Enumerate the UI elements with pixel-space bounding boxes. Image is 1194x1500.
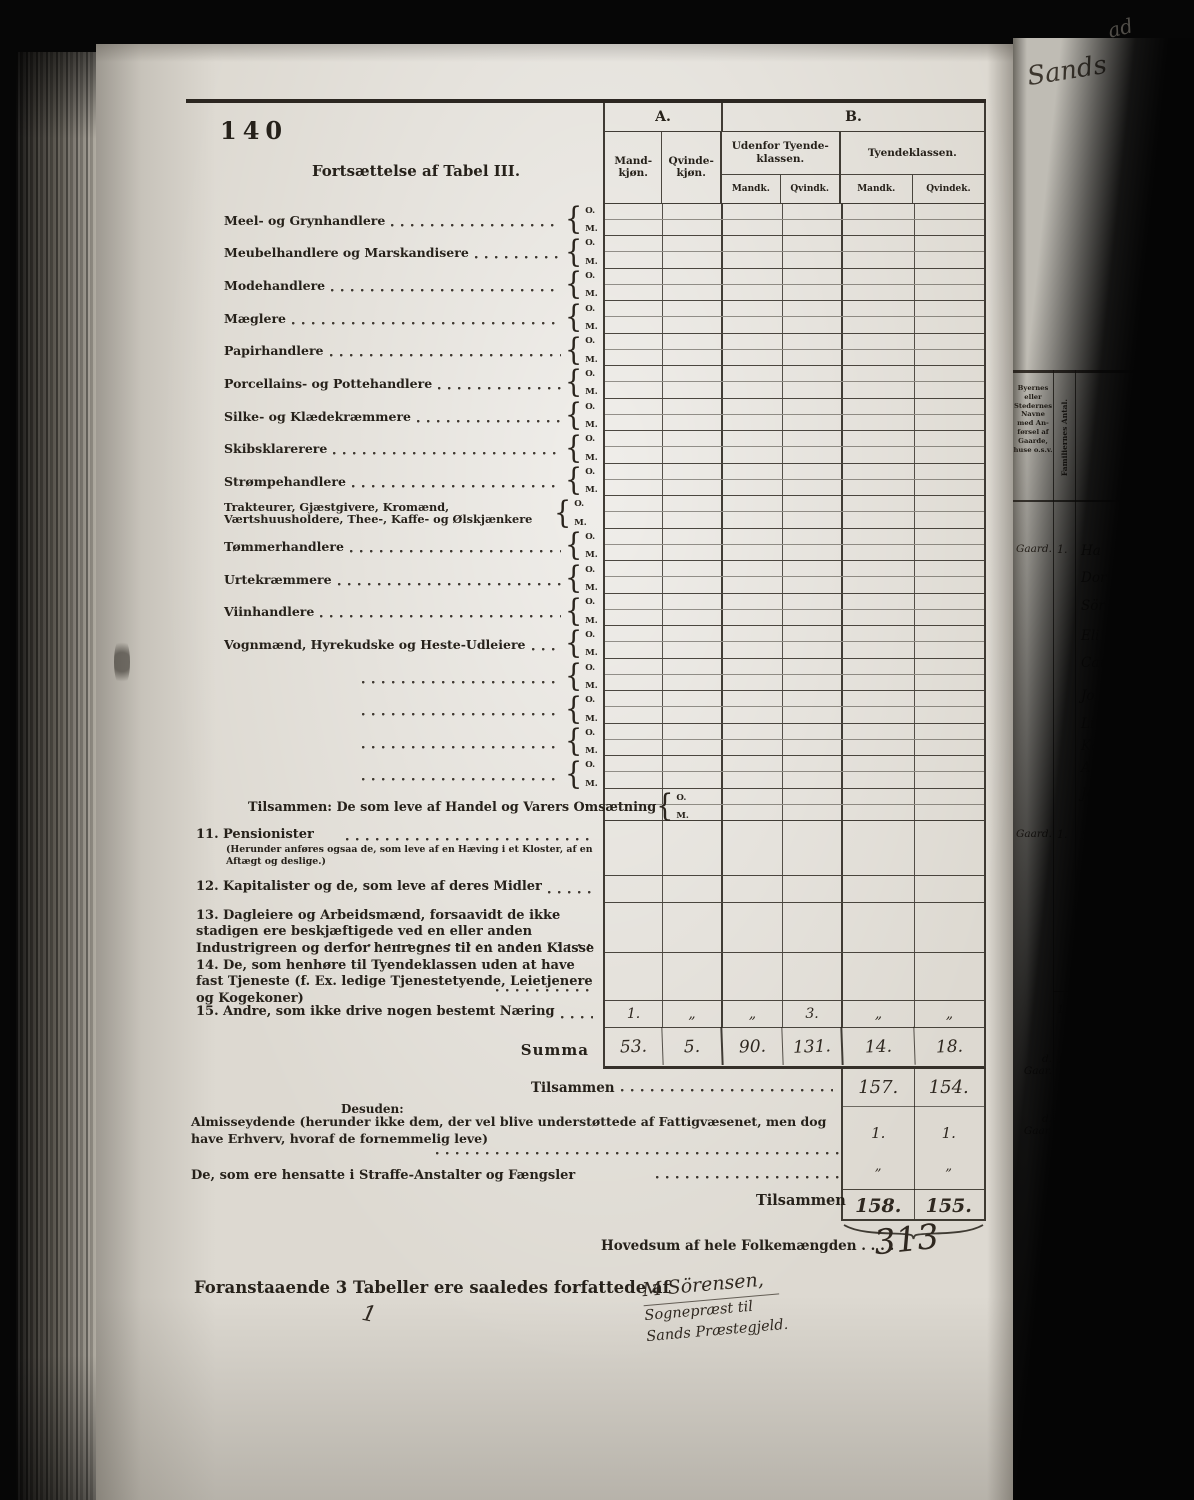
occupation-label-row: Skibsklarerere{O.M. <box>196 432 603 465</box>
grid-sub-row <box>605 659 984 675</box>
table-cell <box>605 285 663 300</box>
table-cell <box>843 953 915 1000</box>
marker-upper: O. <box>585 664 598 673</box>
table-cell <box>723 350 783 365</box>
entry-person-name: Ma <box>1081 876 1103 892</box>
occupation-label-row: Meel- og Grynhandlere{O.M. <box>196 204 603 237</box>
item-grid-row <box>605 876 984 903</box>
table-cell <box>723 642 783 657</box>
table-cell <box>915 642 984 657</box>
table-cell <box>605 236 663 251</box>
occupation-label: Porcellains- og Pottehandlere <box>224 377 432 390</box>
occupation-grid-row <box>605 204 984 237</box>
table-cell <box>663 317 723 332</box>
table-cell <box>723 285 783 300</box>
marker-upper: O. <box>585 533 598 542</box>
entry-family-count: 1. <box>1057 828 1068 841</box>
marker-lower: M. <box>585 356 598 365</box>
subheader-row-udenfor: Mandk.Qvindk. <box>722 175 839 203</box>
dotted-leader <box>350 550 561 553</box>
table-cell <box>915 724 984 739</box>
table-cell <box>605 269 663 284</box>
marker-upper: O. <box>585 631 598 640</box>
table-cell <box>723 236 783 251</box>
row-markers: O.M. <box>585 239 598 266</box>
table-cell <box>723 659 783 674</box>
table-cell <box>663 821 723 875</box>
table-cell <box>663 350 723 365</box>
table-cell <box>723 317 783 332</box>
occupation-label-row: Mæglere{O.M. <box>196 302 603 335</box>
table-cell <box>723 480 783 495</box>
row-brace: {O.M. <box>565 761 603 788</box>
table-cell <box>663 756 723 771</box>
dotted-leader <box>621 1089 833 1092</box>
table-cell <box>605 659 663 674</box>
dotted-leader <box>362 778 561 781</box>
subcolumn-header: Qvindek. <box>913 175 984 203</box>
marker-upper: O. <box>585 435 598 444</box>
table-cell <box>605 610 663 625</box>
grid-sub-row <box>605 577 984 592</box>
table-cell <box>663 903 723 952</box>
summa-label: Summa <box>196 1031 603 1069</box>
table-cell <box>663 252 723 267</box>
table-cell <box>915 236 984 251</box>
table-cell <box>783 953 843 1000</box>
row-brace: {O.M. <box>565 239 603 266</box>
brace-glyph: { <box>565 630 582 658</box>
table-cell <box>663 659 723 674</box>
brace-glyph: { <box>565 467 582 495</box>
table-cell <box>783 366 843 381</box>
dotted-leader <box>436 1152 841 1155</box>
table-cell <box>915 626 984 641</box>
row-brace: {O.M. <box>565 533 603 560</box>
row-brace: {O.M. <box>565 403 603 430</box>
dotted-leader <box>338 583 561 586</box>
table-cell <box>605 642 663 657</box>
item-text: Dagleiere og Arbeidsmænd, forsaavidt de … <box>196 908 594 956</box>
table-cell <box>783 252 843 267</box>
item-text-line: 14.De, som henhøre til Tyendeklassen ude… <box>196 956 597 1007</box>
table-cell <box>915 301 984 316</box>
table-cell <box>663 610 723 625</box>
dotted-leader <box>320 615 561 618</box>
ditto-mark: „ <box>914 1159 985 1177</box>
dotted-leader <box>292 322 561 325</box>
grid-sub-row <box>605 772 984 787</box>
table-cell <box>843 805 915 820</box>
row-brace: {O.M. <box>554 500 592 527</box>
table-cell <box>915 285 984 300</box>
table-cell <box>723 821 783 875</box>
table-cell <box>605 707 663 722</box>
table-cell <box>723 529 783 544</box>
row-brace: {O.M. <box>565 729 603 756</box>
occupation-label-row: Papirhandlere{O.M. <box>196 335 603 368</box>
marker-upper: O. <box>585 370 598 379</box>
table-cell <box>605 626 663 641</box>
occupation-grid-row <box>605 691 984 724</box>
table-cell <box>663 431 723 446</box>
table-cell <box>915 415 984 430</box>
summa-grid-row: 53.5.90.131.14.18. <box>605 1028 984 1066</box>
table-cell <box>843 707 915 722</box>
table-cell <box>915 545 984 560</box>
table-cell <box>915 447 984 462</box>
table-cell <box>723 626 783 641</box>
next-page-families-header: Familiernes Antal. <box>1054 378 1075 498</box>
occupation-label: Vognmænd, Hyrekudske og Heste-Udleiere <box>224 638 526 651</box>
table-cell <box>783 529 843 544</box>
table-cell <box>723 594 783 609</box>
table-cell <box>915 953 984 1000</box>
column-header-qvindekjoen: Qvinde-kjøn. <box>662 132 721 203</box>
row-markers: O.M. <box>574 500 587 527</box>
occupation-label: Mæglere <box>224 312 286 325</box>
table-cell <box>663 561 723 576</box>
table-cell <box>843 512 915 527</box>
occupation-label-row: Tømmerhandlere{O.M. <box>196 530 603 563</box>
summa-value-cell: 90. <box>722 1027 783 1067</box>
marker-lower: M. <box>574 519 587 528</box>
census-table: A. B. Mand-kjøn. Qvinde-kjøn. Udenfor Ty… <box>603 103 986 1069</box>
row-brace: {O.M. <box>565 696 603 723</box>
table-cell <box>723 301 783 316</box>
row-markers: O.M. <box>585 598 598 625</box>
table-cell <box>663 529 723 544</box>
table-cell <box>605 821 663 875</box>
subcolumn-header: Mandk. <box>722 175 781 203</box>
item-text: De, som henhøre til Tyendeklassen uden a… <box>196 958 593 1006</box>
table-cell <box>663 707 723 722</box>
table-cell <box>605 366 663 381</box>
group-b-header: B. <box>723 103 984 131</box>
dotted-leader <box>331 289 561 292</box>
entry-place: d. Gaar. <box>1014 1113 1052 1137</box>
table-cell <box>605 431 663 446</box>
row-markers: O.M. <box>676 794 689 821</box>
table-cell <box>843 642 915 657</box>
table-cell <box>663 301 723 316</box>
table-cell <box>605 317 663 332</box>
item-text-line: 12.Kapitalister og de, som leve af deres… <box>196 879 597 895</box>
table-cell <box>843 545 915 560</box>
grid-sub-row <box>605 464 984 480</box>
scanned-census-document: 140 Fortsættelse af Tabel III. A. B. Man… <box>0 0 1194 1500</box>
item-label-row: 13.Dagleiere og Arbeidsmænd, forsaavidt … <box>196 906 603 956</box>
item-text-line: 15.Andre, som ikke drive nogen bestemt N… <box>196 1004 597 1020</box>
table-cell <box>843 610 915 625</box>
brace-glyph: { <box>565 239 582 267</box>
table-cell <box>915 496 984 511</box>
table-cell <box>783 724 843 739</box>
table-cell <box>915 512 984 527</box>
table-cell <box>605 953 663 1000</box>
brace-glyph: { <box>565 728 582 756</box>
entry-person-name: Sa <box>1081 1138 1098 1154</box>
occupation-label-row: Silke- og Klædekræmmere{O.M. <box>196 400 603 433</box>
item-text: Pensionister <box>223 827 314 842</box>
dotted-leader <box>548 891 593 894</box>
entry-person-name: Ja <box>1081 1003 1094 1019</box>
grid-sub-row <box>605 626 984 642</box>
column-header-tyende: Tyendeklassen. <box>841 132 984 175</box>
subheader-row-tyende: Mandk.Qvindek. <box>841 175 984 203</box>
occupation-label-row: Trakteurer, Gjæstgivere, Kromænd, Værtsh… <box>196 498 603 531</box>
table-cell <box>663 594 723 609</box>
table-cell <box>915 431 984 446</box>
row-brace: {O.M. <box>565 370 603 397</box>
entry-person-name: Li <box>1081 716 1094 732</box>
item-value-cell: „ <box>663 1001 723 1027</box>
table-cell <box>663 236 723 251</box>
table-cell <box>605 334 663 349</box>
table-cell <box>843 204 915 219</box>
table-cell <box>663 512 723 527</box>
book-page-stack-edge <box>16 52 100 1500</box>
table-cell <box>783 903 843 952</box>
summa-value-cell: 131. <box>782 1027 843 1067</box>
table-cell <box>843 480 915 495</box>
table-cell <box>783 415 843 430</box>
table-cell <box>723 756 783 771</box>
table-cell <box>783 594 843 609</box>
table-cell <box>915 399 984 414</box>
summa-value-cell: 5. <box>662 1027 723 1067</box>
table-cell <box>723 953 783 1000</box>
brace-glyph: { <box>565 598 582 626</box>
table-cell <box>843 789 915 804</box>
table-cell <box>723 382 783 397</box>
row-markers: O.M. <box>585 729 598 756</box>
grid-sub-row <box>605 431 984 447</box>
entry-family-count: 1. <box>1057 543 1068 556</box>
brace-glyph: { <box>554 500 571 528</box>
entry-person-name: Mo <box>1081 954 1103 970</box>
table-cell <box>723 415 783 430</box>
table-cell <box>663 740 723 755</box>
table-cell <box>843 399 915 414</box>
grid-sub-row <box>605 220 984 235</box>
grid-sub-row <box>605 724 984 740</box>
dotted-leader <box>362 681 561 684</box>
table-cell <box>723 561 783 576</box>
next-page-places-header: Byernes eller Stedernes Navne med An- fø… <box>1013 384 1053 455</box>
total-value: 157. <box>843 1077 914 1098</box>
row-brace: {O.M. <box>565 631 603 658</box>
occupation-label: Tømmerhandlere <box>224 540 344 553</box>
entry-family-count: 1. <box>1057 1053 1068 1066</box>
brace-glyph: { <box>565 304 582 332</box>
table-cell <box>843 252 915 267</box>
entry-person-name: Sal <box>1081 828 1103 844</box>
table-cell <box>663 399 723 414</box>
brace-glyph: { <box>565 696 582 724</box>
grid-sub-row <box>605 350 984 365</box>
row-markers: O.M. <box>585 566 598 593</box>
table-cell <box>783 610 843 625</box>
occupation-label-row: Vognmænd, Hyrekudske og Heste-Udleiere{O… <box>196 628 603 661</box>
marker-upper: O. <box>585 566 598 575</box>
table-cell <box>663 382 723 397</box>
dotted-leader <box>496 989 591 992</box>
table-cell <box>783 496 843 511</box>
table-cell <box>915 317 984 332</box>
table-cell <box>605 447 663 462</box>
marker-upper: O. <box>585 696 598 705</box>
table-cell <box>723 724 783 739</box>
occupation-grid-row <box>605 594 984 627</box>
table-cell <box>723 447 783 462</box>
item-number: 14. <box>196 958 223 974</box>
occupation-label: Viinhandlere <box>224 605 314 618</box>
row-markers: O.M. <box>585 305 598 332</box>
occupation-grid-row <box>605 301 984 334</box>
summa-value-cell: 53. <box>604 1027 663 1067</box>
occupation-grid-row <box>605 626 984 659</box>
item-number: 11. <box>196 827 223 843</box>
table-cell <box>915 789 984 804</box>
table-cell <box>783 740 843 755</box>
dotted-leader <box>346 838 591 841</box>
table-cell <box>783 659 843 674</box>
table-cell <box>843 350 915 365</box>
table-cell <box>783 301 843 316</box>
table-cell <box>915 269 984 284</box>
table-cell <box>783 789 843 804</box>
table-cell <box>723 805 783 820</box>
numbered-item-grid-rows: 1.„„3.„„ <box>605 821 984 1028</box>
item-value-cell: 1. <box>605 1001 663 1027</box>
summa-value-cell: 18. <box>914 1027 984 1067</box>
entry-person-name: Ka <box>1081 738 1099 754</box>
grid-sub-row <box>605 447 984 462</box>
brace-glyph: { <box>565 369 582 397</box>
table-cell <box>783 876 843 902</box>
table-cell <box>843 236 915 251</box>
marker-upper: O. <box>585 468 598 477</box>
occupation-grid-row <box>605 236 984 269</box>
occupation-grid-row <box>605 496 984 529</box>
table-cell <box>843 447 915 462</box>
dotted-leader <box>348 944 591 947</box>
entry-person-name: Li <box>1081 922 1094 938</box>
marker-lower: M. <box>585 388 598 397</box>
entry-place: Gaard. <box>1014 828 1052 840</box>
table-cell <box>605 903 663 952</box>
table-cell <box>915 366 984 381</box>
table-cell <box>915 805 984 820</box>
hovedsum-value: 313 <box>872 1217 941 1264</box>
table-cell <box>605 252 663 267</box>
occupation-label-row: {O.M. <box>196 726 603 759</box>
table-cell <box>723 431 783 446</box>
table-cell <box>915 756 984 771</box>
occupation-grid-row <box>605 756 984 789</box>
grid-sub-row <box>605 642 984 657</box>
occupation-label-row: {O.M. <box>196 693 603 726</box>
dotted-leader <box>561 1016 593 1019</box>
table-cell <box>783 236 843 251</box>
occupation-label: Papirhandlere <box>224 344 324 357</box>
tilsammen-first-label: Tilsammen <box>531 1080 615 1096</box>
grid-sub-row <box>605 561 984 577</box>
item-label-row: 15.Andre, som ikke drive nogen bestemt N… <box>196 1004 603 1031</box>
table-cell <box>663 675 723 690</box>
occupation-label: Silke- og Klædekræmmere <box>224 410 411 423</box>
table-cell <box>915 876 984 902</box>
table-cell <box>783 821 843 875</box>
marker-lower: M. <box>585 780 598 789</box>
table-cell <box>663 691 723 706</box>
row-brace: {O.M. <box>565 337 603 364</box>
edge-smudge <box>114 636 130 688</box>
table-cell <box>723 610 783 625</box>
marker-lower: M. <box>585 649 598 658</box>
table-cell <box>915 594 984 609</box>
item-grid-row <box>605 821 984 876</box>
tilsammen-first-line: Tilsammen <box>531 1080 837 1096</box>
entry-place: d. Gaar. <box>1014 1053 1052 1077</box>
table-cell <box>783 756 843 771</box>
table-cell <box>783 350 843 365</box>
table-cell <box>723 545 783 560</box>
occupation-grid-rows <box>605 204 984 822</box>
occupation-label: Skibsklarerere <box>224 442 327 455</box>
grid-sub-row <box>605 269 984 285</box>
table-cell <box>723 399 783 414</box>
grid-sub-row <box>605 236 984 252</box>
table-cell <box>783 772 843 787</box>
table-cell <box>783 642 843 657</box>
table-cell <box>605 350 663 365</box>
dotted-leader <box>532 648 562 651</box>
item-text: Kapitalister og de, som leve af deres Mi… <box>223 879 542 895</box>
total-value: 155. <box>914 1195 985 1217</box>
occupation-label: Modehandlere <box>224 279 325 292</box>
table-cell <box>663 220 723 235</box>
table-group-header: A. B. <box>605 103 984 132</box>
tilsammen-final-label: Tilsammen <box>756 1192 846 1209</box>
table-cell <box>605 594 663 609</box>
table-cell <box>605 561 663 576</box>
table-cell <box>915 821 984 875</box>
total-value: 154. <box>914 1077 985 1098</box>
table-cell <box>915 659 984 674</box>
table-cell <box>783 285 843 300</box>
entry-person-name: Sö <box>1081 900 1098 916</box>
grid-sub-row <box>605 756 984 772</box>
brace-glyph: { <box>565 761 582 789</box>
table-cell <box>783 464 843 479</box>
table-cell <box>915 204 984 219</box>
table-cell <box>723 464 783 479</box>
row-markers: O.M. <box>585 533 598 560</box>
dotted-leader <box>656 1176 841 1179</box>
occupation-label: Meubelhandlere og Marskandisere <box>224 246 469 259</box>
table-cell <box>605 577 663 592</box>
dotted-leader <box>330 354 562 357</box>
entry-place: Gaard. <box>1014 543 1052 555</box>
brace-glyph: { <box>565 435 582 463</box>
table-cell <box>843 876 915 902</box>
table-cell <box>915 610 984 625</box>
next-page-heading: Sands <box>1025 50 1109 92</box>
ditto-mark: „ <box>843 1159 914 1177</box>
occupation-label-row: Viinhandlere{O.M. <box>196 596 603 629</box>
